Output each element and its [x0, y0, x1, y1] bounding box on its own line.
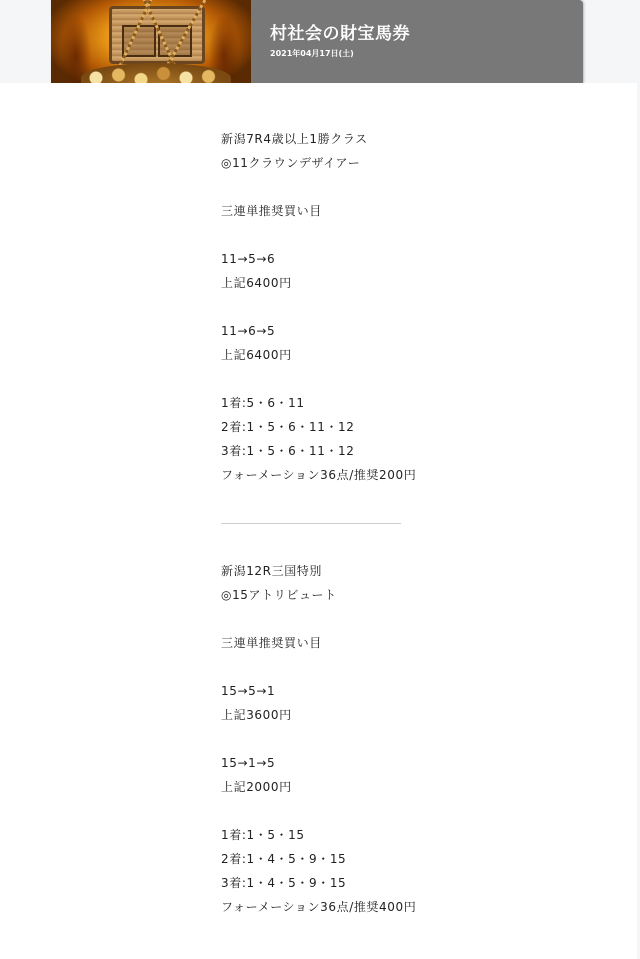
combo-order: 15→5→1: [221, 679, 521, 703]
formation-third: 3着:1・4・5・9・15: [221, 871, 521, 895]
spacer: [221, 487, 521, 511]
formation-summary: フォーメーション36点/推奨400円: [221, 895, 521, 919]
post-date: 2021年04月17日(土): [270, 48, 354, 59]
formation-third: 3着:1・5・6・11・12: [221, 439, 521, 463]
race-name: 新潟7R4歳以上1勝クラス: [221, 127, 521, 151]
formation-first: 1着:1・5・15: [221, 823, 521, 847]
combo-amount: 上記6400円: [221, 343, 521, 367]
site-title[interactable]: 村社会の財宝馬券: [270, 19, 410, 44]
combo-order: 11→6→5: [221, 319, 521, 343]
spacer: [221, 535, 521, 559]
combo-amount: 上記3600円: [221, 703, 521, 727]
formation-first: 1着:5・6・11: [221, 391, 521, 415]
race-pick: ◎15アトリビュート: [221, 583, 521, 607]
article-body: 新潟7R4歳以上1勝クラス ◎11クラウンデザイアー 三連単推奨買い目 11→5…: [221, 127, 521, 919]
spacer: [221, 367, 521, 391]
combo-order: 15→1→5: [221, 751, 521, 775]
spacer: [221, 727, 521, 751]
bet-type: 三連単推奨買い目: [221, 199, 521, 223]
race-pick: ◎11クラウンデザイアー: [221, 151, 521, 175]
header-card: 村社会の財宝馬券 2021年04月17日(土): [51, 0, 583, 83]
content-area: 新潟7R4歳以上1勝クラス ◎11クラウンデザイアー 三連単推奨買い目 11→5…: [0, 83, 637, 959]
bet-type: 三連単推奨買い目: [221, 631, 521, 655]
spacer: [221, 607, 521, 631]
combo-amount: 上記2000円: [221, 775, 521, 799]
spacer: [221, 655, 521, 679]
formation-summary: フォーメーション36点/推奨200円: [221, 463, 521, 487]
combo-amount: 上記6400円: [221, 271, 521, 295]
spacer: [221, 799, 521, 823]
formation-second: 2着:1・5・6・11・12: [221, 415, 521, 439]
race-name: 新潟12R三国特別: [221, 559, 521, 583]
spacer: [221, 223, 521, 247]
spacer: [221, 295, 521, 319]
treasure-chest-thumbnail: [51, 0, 251, 83]
combo-order: 11→5→6: [221, 247, 521, 271]
spacer: [221, 175, 521, 199]
formation-second: 2着:1・4・5・9・15: [221, 847, 521, 871]
section-divider: ―――――――――――――――: [221, 511, 521, 535]
